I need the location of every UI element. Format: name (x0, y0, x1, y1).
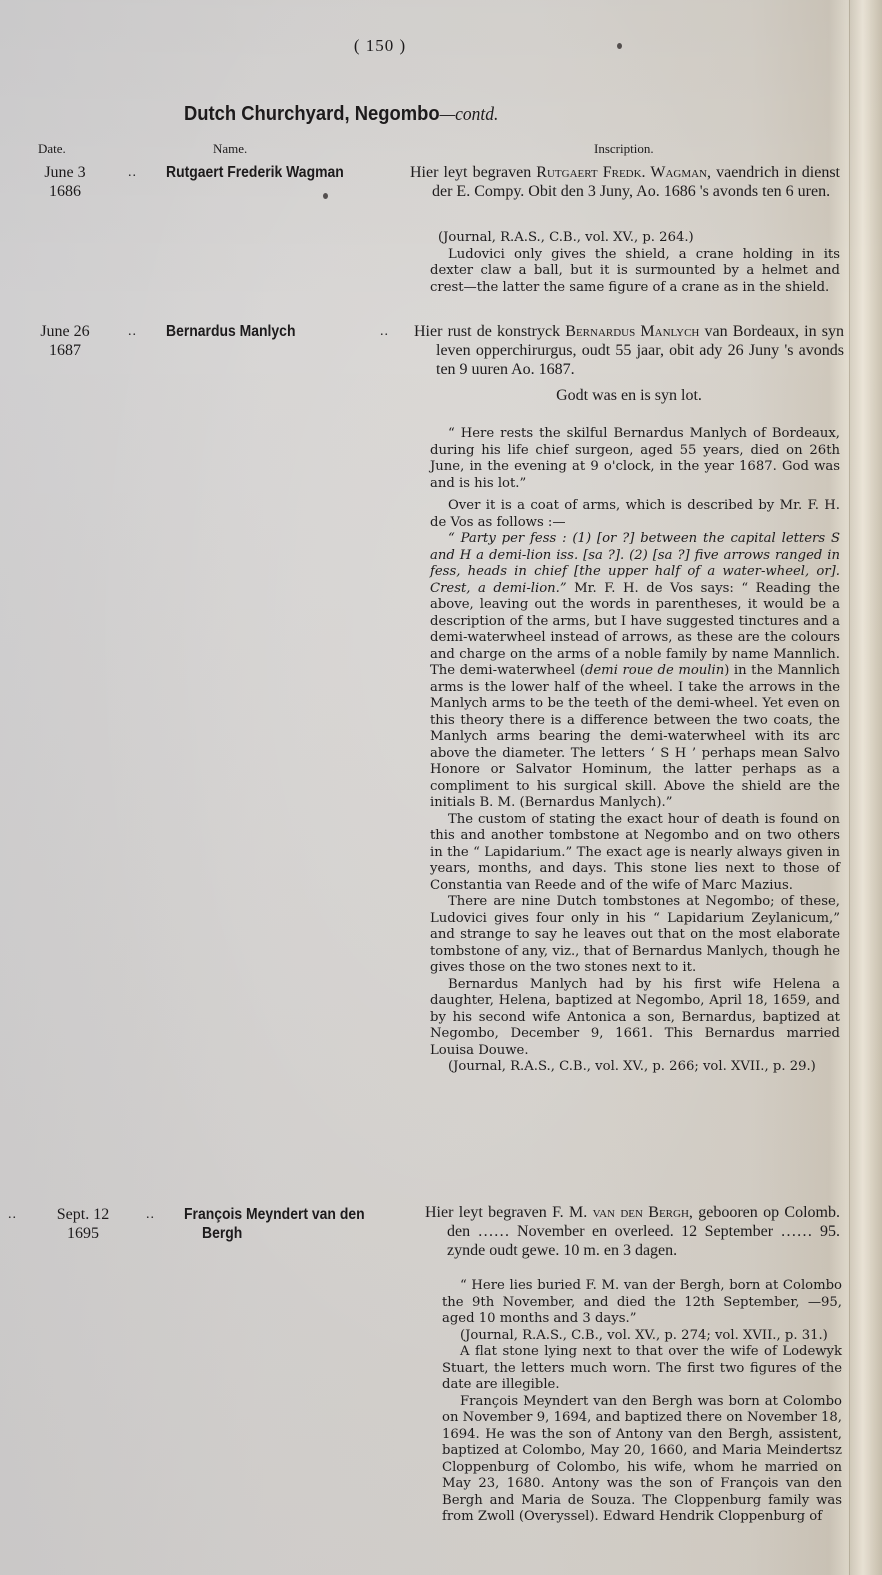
page-title-suffix: —contd. (440, 104, 499, 125)
note-family: Bernardus Manlych had by his first wife … (430, 977, 840, 1060)
page-number: ( 150 ) (0, 36, 760, 56)
entry-name-line: Bergh (184, 1224, 405, 1243)
note-reference: (Journal, R.A.S., C.B., vol. XV., p. 274… (442, 1328, 842, 1345)
note-arms-intro: Over it is a coat of arms, which is desc… (430, 498, 840, 531)
page-fold-edge (849, 0, 882, 1575)
note-translation: “ Here lies buried F. M. van der Bergh, … (442, 1278, 842, 1328)
entry-date-year: 1687 (30, 341, 100, 360)
entry-date: June 26 1687 (30, 322, 100, 360)
entry-inscription: Hier rust de konstryck Bernardus Manlych… (414, 322, 844, 410)
inscription-small-caps: Bernardus Manlych (565, 323, 699, 340)
entry-name-line: François Meyndert van den (184, 1206, 365, 1223)
inscription-text: Hier leyt begraven F. M. (425, 1204, 593, 1221)
page-title-main: Dutch Churchyard, Negombo (184, 103, 440, 125)
ink-speck (323, 193, 328, 199)
note-italic: demi roue de moulin (585, 663, 724, 678)
entry-date-year: 1695 (48, 1224, 118, 1243)
entry-date-day: June 26 (30, 322, 100, 341)
entry-name: Bernardus Manlych (166, 322, 387, 341)
inscription-text: Hier leyt begraven (410, 164, 536, 181)
inscription-small-caps: van den Bergh (593, 1204, 689, 1221)
inscription-small-caps: Rutgaert Fredk. Wagman (536, 164, 707, 181)
leader-dots: .. (128, 324, 137, 340)
page-title: Dutch Churchyard, Negombo—contd. (184, 103, 498, 126)
entry-date: Sept. 12 1695 (48, 1205, 118, 1243)
note-reference: (Journal, R.A.S., C.B., vol. XV., p. 266… (430, 1059, 840, 1076)
column-header-name: Name. (213, 141, 247, 157)
leader-dots: .. (128, 165, 137, 181)
entry-date-day: June 3 (30, 163, 100, 182)
leader-dots: .. (380, 324, 389, 340)
entry-inscription: Hier leyt begraven Rutgaert Fredk. Wagma… (410, 163, 840, 201)
note-text: ) in the Mannlich arms is the lower half… (430, 663, 840, 810)
entry-date-year: 1686 (30, 182, 100, 201)
column-header-date: Date. (38, 141, 66, 157)
note-nine-tombstones: There are nine Dutch tombstones at Negom… (430, 894, 840, 977)
note-stone: A flat stone lying next to that over the… (442, 1344, 842, 1394)
entry-inscription: Hier leyt begraven F. M. van den Bergh, … (425, 1203, 840, 1260)
leader-dots: .. (8, 1207, 17, 1223)
entry-date-day: Sept. 12 (48, 1205, 118, 1224)
note-custom: The custom of stating the exact hour of … (430, 812, 840, 895)
inscription-text: Hier rust de konstryck (414, 323, 565, 340)
inscription-motto: Godt was en is syn lot. (414, 386, 844, 405)
entry-notes: (Journal, R.A.S., C.B., vol. XV., p. 264… (430, 230, 840, 296)
entry-name: Rutgaert Frederik Wagman (166, 163, 387, 182)
note-arms-description: “ Party per fess : (1) [or ?] between th… (430, 531, 840, 812)
entry-notes: “ Here rests the skilful Bernardus Manly… (430, 426, 840, 1076)
note-reference: (Journal, R.A.S., C.B., vol. XV., p. 264… (430, 230, 840, 247)
entry-notes: “ Here lies buried F. M. van der Bergh, … (442, 1278, 842, 1526)
note-paragraph: Ludovici only gives the shield, a crane … (430, 247, 840, 297)
column-header-inscription: Inscription. (594, 141, 654, 157)
note-translation: “ Here rests the skilful Bernardus Manly… (430, 426, 840, 492)
entry-date: June 3 1686 (30, 163, 100, 201)
note-family: François Meyndert van den Bergh was born… (442, 1394, 842, 1526)
entry-name: François Meyndert van den Bergh (184, 1205, 405, 1243)
leader-dots: .. (146, 1207, 155, 1223)
